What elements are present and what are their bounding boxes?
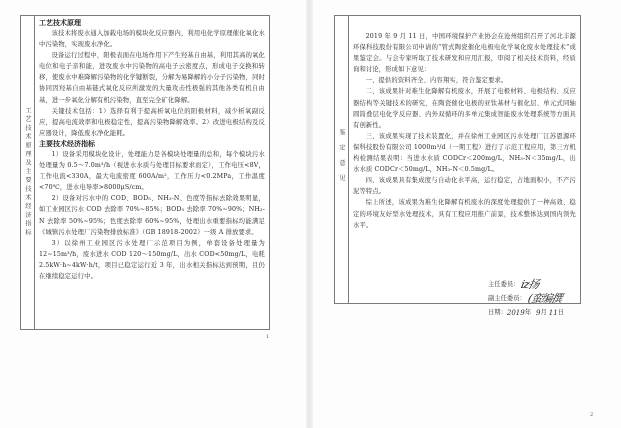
- chair-signature: iz扬: [520, 278, 540, 292]
- paragraph: 3）以徐州工业园区污水处理厂示范项目为例，单套设备处理量为 12~15m³/h，…: [39, 238, 265, 282]
- paragraph: 一、提供的资料齐全、内容翔实，符合鉴定要求。: [353, 75, 576, 86]
- paragraph: 2019 年 9 月 11 日，中国环境保护产业协会在沧州组织召开了河北丰源环保…: [353, 31, 576, 75]
- paragraph: 2）设备对污水中的 COD、BOD₅、NH₃-N、色度等指标去除效果明显，如工业…: [39, 193, 265, 237]
- paragraph: 二、该成果针对难生化降解有机废水，开展了电极材料、电极结构、反应器结构等关键技术…: [353, 86, 576, 130]
- vice-chair-signature-line: 副主任委员： (蛮编撰: [488, 292, 586, 306]
- side-label-column: 工艺技术原理及主要技术经济指标: [21, 16, 35, 329]
- page-2-content: 2019 年 9 月 11 日，中国环境保护产业协会在沧州组织召开了河北丰源环保…: [349, 16, 580, 303]
- section-title-key-indicators: 主要技术经济指标: [39, 139, 265, 149]
- page-gutter: [306, 0, 313, 428]
- page-1-table-frame: 工艺技术原理及主要技术经济指标 工艺技术原理 该技术将废水通入加载电场的模块化反…: [20, 15, 270, 330]
- signature-block: 主任委员： iz扬 副主任委员： (蛮编撰 日期： 2019 年 9 月 11 …: [488, 278, 586, 320]
- paragraph: 综上所述，该成果为难生化降解有机废水的深度处理提供了一种高效、稳定的环境友好型水…: [353, 197, 576, 230]
- section-title-process-principle: 工艺技术原理: [39, 18, 265, 28]
- date-day-suffix: 日: [558, 306, 564, 320]
- chair-signature-line: 主任委员： iz扬: [488, 278, 586, 292]
- page-number: 2: [590, 412, 593, 418]
- date-day: 11: [549, 306, 558, 320]
- page-2-table-frame: 鉴定意见 2019 年 9 月 11 日，中国环境保护产业协会在沧州组织召开了河…: [334, 15, 581, 304]
- vice-chair-signature: (蛮编撰: [526, 292, 562, 306]
- chair-label: 主任委员：: [488, 278, 519, 292]
- side-label: 鉴定意见: [337, 129, 346, 190]
- date-month-suffix: 月: [540, 306, 546, 320]
- date-year-suffix: 年: [525, 306, 531, 320]
- document-page-2: 鉴定意见 2019 年 9 月 11 日，中国环境保护产业协会在沧州组织召开了河…: [313, 0, 621, 428]
- paragraph: 1）设备采用模块化设计，处理能力是各模块处理量的总和，每个模块污水处理量为 0.…: [39, 149, 265, 193]
- vice-chair-label: 副主任委员：: [488, 292, 526, 306]
- page-1-content: 工艺技术原理 该技术将废水通入加载电场的模块化反应器内，利用电化学原理催化氧化水…: [35, 16, 269, 329]
- side-label: 工艺技术原理及主要技术经济指标: [23, 107, 32, 238]
- paragraph: 关键技术包括：1）选择有利于提高析氧电位的阳极材料，减少析氧副反应，提高电流效率…: [39, 106, 265, 139]
- date-label: 日期：: [488, 306, 507, 320]
- paragraph: 三、该成果实现了技术装置化，并在徐州工业园区污水处理厂江苏恩源环保科技股份有限公…: [353, 131, 576, 175]
- page-number: 1: [266, 334, 269, 340]
- paragraph: 设备运行过程中，阳极表面在电场作用下产生羟基自由基，利用其高的氧化电位和电子亲和…: [39, 50, 265, 105]
- side-label-column: 鉴定意见: [335, 16, 349, 303]
- date-line: 日期： 2019 年 9 月 11 日: [488, 306, 586, 320]
- paragraph: 该技术将废水通入加载电场的模块化反应器内，利用电化学原理催化氧化水中污染物，实现…: [39, 28, 265, 50]
- document-page-1: 工艺技术原理及主要技术经济指标 工艺技术原理 该技术将废水通入加载电场的模块化反…: [0, 0, 306, 428]
- date-year: 2019: [507, 306, 525, 320]
- paragraph: 四、该成果具有集成度与自动化水平高，运行稳定，占地面积小，不产污泥等特点。: [353, 175, 576, 197]
